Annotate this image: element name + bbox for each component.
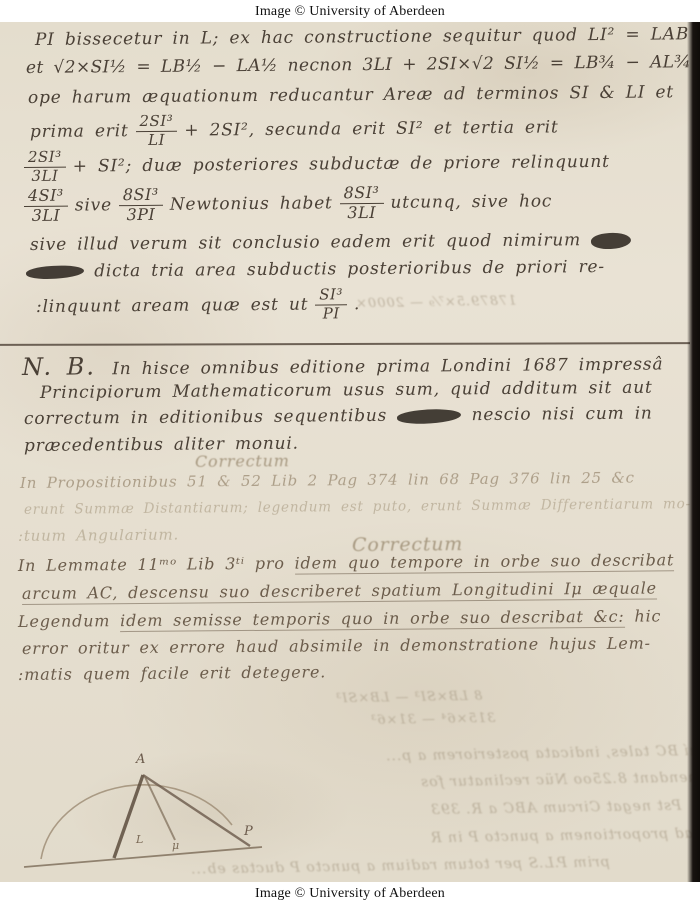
fraction-denominator: 3LI bbox=[31, 167, 58, 184]
underlined-text: idem semisse temporis quo in orbe suo de… bbox=[120, 607, 625, 632]
manuscript-line: ope harum æquationum reducantur Areæ ad … bbox=[28, 82, 674, 109]
correctum-annotation: Correctum bbox=[195, 451, 290, 472]
nb-initials: N. B. bbox=[22, 352, 96, 381]
diagram-label-base1: L bbox=[135, 833, 143, 846]
fraction: 2SI³ 3LI bbox=[24, 150, 66, 185]
line-text: sive bbox=[75, 195, 112, 217]
bleed-through-line: mendant 8.25oo Nüc reclinatur fos bbox=[420, 770, 700, 791]
line-text: In Lemmate 11ᵐᵒ Lib 3ᵗⁱ pro bbox=[18, 554, 285, 575]
line-text: correctum in editionibus sequentibus bbox=[24, 406, 387, 429]
fraction: 4SI³ 3LI bbox=[24, 188, 68, 225]
fraction-denominator: 3LI bbox=[347, 204, 376, 222]
manuscript-line: error oritur ex errore haud absimile in … bbox=[22, 634, 651, 659]
underlined-text: idem quo tempore in orbe suo describat bbox=[295, 550, 675, 574]
manuscript-line: 4SI³ 3LI sive 8SI³ 3PI Newtonius habet 8… bbox=[24, 183, 552, 224]
manuscript-line: Principiorum Mathematicorum usus sum, qu… bbox=[40, 378, 653, 405]
bleed-through-line: 8 LB×SI³ — LB×SI³ bbox=[335, 689, 483, 707]
line-text: Newtonius habet bbox=[170, 193, 333, 216]
line-text: :linquunt aream quæ est ut bbox=[36, 294, 308, 318]
manuscript-line-faint: erunt Summæ Distantiarum; legendum est p… bbox=[24, 496, 691, 519]
page: Image © University of Aberdeen PI bissec… bbox=[0, 0, 700, 910]
manuscript-line: :matis quem facile erit detegere. bbox=[18, 662, 326, 685]
manuscript-line: sive illud verum sit conclusio eadem eri… bbox=[30, 230, 631, 256]
bleed-through-line: datum fuquí BC tales, indicata posterior… bbox=[385, 742, 700, 765]
fraction-denominator: PI bbox=[323, 305, 340, 322]
diagram-label-base2: μ bbox=[172, 839, 179, 852]
line-text: nescio nisi cum in bbox=[471, 404, 652, 426]
top-copyright-caption: Image © University of Aberdeen bbox=[0, 4, 700, 20]
fraction-denominator: 3PI bbox=[126, 206, 155, 224]
manuscript-line: 2SI³ 3LI + SI²; duæ posteriores subductæ… bbox=[24, 145, 610, 185]
ink-blot bbox=[397, 407, 462, 425]
ink-blot bbox=[591, 231, 632, 249]
manuscript-line: correctum in editionibus sequentibus nes… bbox=[24, 404, 653, 431]
line-text: + 2SI², secunda erit SI² et tertia erit bbox=[184, 117, 558, 142]
line-text: dicta tria area subductis posterioribus … bbox=[94, 257, 605, 281]
manuscript-line: et √2×SI½ = LB½ − LA½ necnon 3LI + 2SI×√… bbox=[26, 52, 691, 79]
ink-blot bbox=[26, 264, 85, 281]
manuscript-scan: PI bissecetur in L; ex hac constructione… bbox=[0, 22, 700, 882]
diagram-baseline bbox=[24, 847, 262, 867]
fraction-denominator: 3LI bbox=[32, 206, 61, 224]
manuscript-line: prima erit 2SI³ LI + 2SI², secunda erit … bbox=[30, 110, 559, 149]
fraction: SI³ PI bbox=[315, 287, 347, 322]
fraction: 8SI³ 3LI bbox=[339, 185, 383, 222]
line-text: In hisce omnibus editione prima Londini … bbox=[112, 354, 663, 379]
fraction-numerator: 8SI³ bbox=[119, 187, 163, 206]
bleed-through-line: 17879.5×⁷⁄₉ — 2000× bbox=[355, 294, 517, 312]
manuscript-line: arcum AC, descensu suo describeret spati… bbox=[22, 578, 657, 604]
manuscript-line-faint: In Propositionibus 51 & 52 Lib 2 Pag 374… bbox=[20, 469, 635, 493]
diagram-label-right: P bbox=[243, 824, 253, 839]
manuscript-line-faint: :tuum Angularium. bbox=[18, 526, 179, 546]
fraction-numerator: 2SI³ bbox=[24, 150, 66, 168]
fraction: 2SI³ LI bbox=[135, 114, 177, 149]
fraction: 8SI³ 3PI bbox=[119, 187, 163, 224]
underlined-text: arcum AC, descensu suo describeret spati… bbox=[22, 578, 657, 605]
line-text: + SI²; duæ posteriores subductæ de prior… bbox=[73, 152, 610, 178]
bleed-through-line: ad proportionem a puncto P in R bbox=[430, 826, 693, 847]
fraction-numerator: 2SI³ bbox=[135, 114, 177, 132]
diagram-line-right bbox=[143, 775, 250, 846]
manuscript-line: :linquunt aream quæ est ut SI³ PI . bbox=[36, 287, 361, 324]
fraction-denominator: LI bbox=[148, 132, 165, 149]
fraction-numerator: SI³ bbox=[315, 287, 347, 305]
manuscript-line: N. B. In hisce omnibus editione prima Lo… bbox=[22, 346, 664, 382]
manuscript-line: Legendum idem semisse temporis quo in or… bbox=[18, 606, 661, 632]
fraction-numerator: 8SI³ bbox=[339, 185, 383, 204]
geometric-diagram: A L μ P bbox=[20, 745, 350, 882]
bottom-copyright-caption: Image © University of Aberdeen bbox=[0, 886, 700, 902]
line-text: prima erit bbox=[30, 121, 129, 143]
fraction-numerator: 4SI³ bbox=[24, 188, 68, 207]
manuscript-line: dicta tria area subductis posterioribus … bbox=[26, 257, 605, 283]
line-text: utcunq, sive hoc bbox=[390, 191, 552, 214]
diagram-label-apex: A bbox=[135, 752, 145, 767]
manuscript-line: PI bissecetur in L; ex hac constructione… bbox=[35, 24, 689, 51]
line-text: hic bbox=[634, 606, 661, 625]
bleed-through-line: 315×6⁴ — 31×6³ bbox=[370, 711, 496, 728]
line-text: Legendum bbox=[18, 611, 110, 631]
manuscript-line: In Lemmate 11ᵐᵒ Lib 3ᵗⁱ pro idem quo tem… bbox=[18, 550, 674, 576]
line-text: sive illud verum sit conclusio eadem eri… bbox=[30, 230, 581, 255]
section-divider-rule bbox=[0, 342, 690, 346]
bleed-through-line: Pst negat Circum ABC a R. 393 bbox=[430, 798, 681, 818]
page-edge-shadow bbox=[687, 22, 700, 882]
